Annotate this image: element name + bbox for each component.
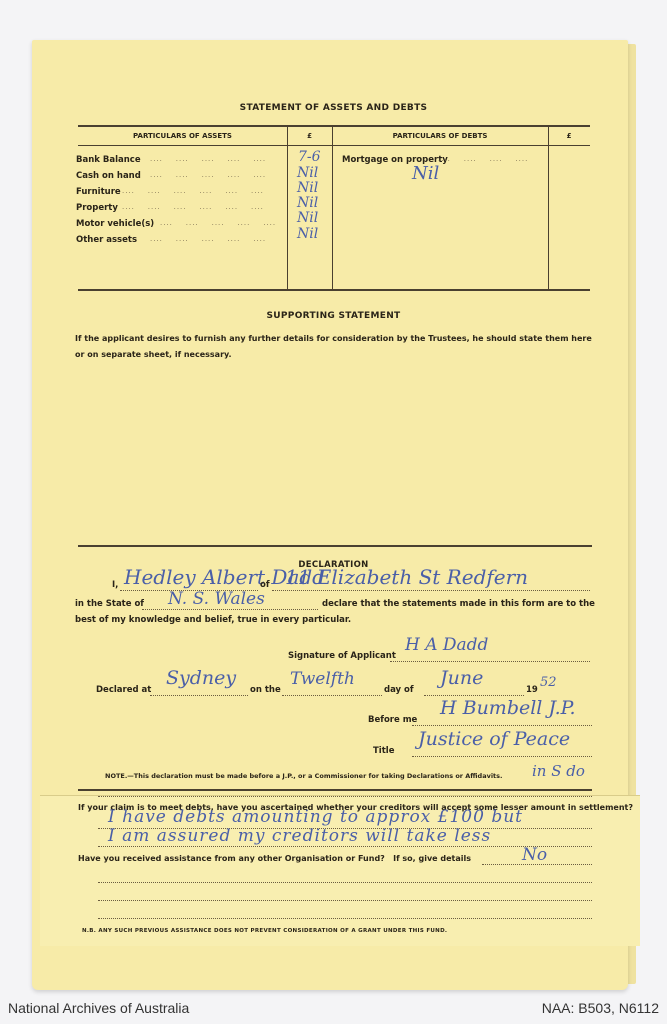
- archive-name: National Archives of Australia: [8, 1000, 189, 1016]
- asset-value-cash: Nil: [297, 165, 318, 181]
- justice-title: Justice of Peace: [418, 728, 570, 750]
- table-header-rule: [78, 145, 590, 146]
- declaration-note: NOTE.—This declaration must be made befo…: [105, 772, 503, 780]
- leader-dots: .... .... .... .... ....: [150, 171, 266, 179]
- month-field-line: [424, 695, 524, 696]
- before-me-field-line: [412, 725, 592, 726]
- asset-label-other: Other assets: [76, 235, 137, 245]
- belief-text: best of my knowledge and belief, true in…: [75, 615, 351, 625]
- declaration-bottom-rule: [78, 789, 592, 791]
- nb-previous-assistance: N.B. ANY SUCH PREVIOUS ASSISTANCE DOES N…: [82, 928, 447, 934]
- state-field-line: [142, 609, 318, 610]
- details-line-3: [98, 900, 592, 901]
- col-header-assets: PARTICULARS OF ASSETS: [78, 132, 287, 140]
- asset-label-furniture: Furniture: [76, 187, 121, 197]
- declaration-i-label: I,: [112, 580, 118, 590]
- justice-title-extra: in S do: [532, 762, 585, 780]
- details-line-2: [98, 882, 592, 883]
- declared-at-field-line: [150, 695, 248, 696]
- leader-dots: .... .... .... ....: [438, 155, 528, 163]
- supporting-instructions-line2: or on separate sheet, if necessary.: [75, 350, 232, 359]
- details-line-4: [98, 918, 592, 919]
- leader-dots: .... .... .... .... ....: [160, 219, 276, 227]
- asset-value-other: Nil: [297, 226, 318, 242]
- day-field-line: [282, 695, 382, 696]
- asset-value-motor-vehicles: Nil: [297, 210, 318, 226]
- slip-top-dotted-line: [98, 796, 592, 797]
- declared-day: Twelfth: [290, 669, 355, 689]
- leader-dots: .... .... .... .... .... ....: [122, 187, 264, 195]
- col-header-pound-assets: £: [287, 132, 332, 140]
- leader-dots: .... .... .... .... ....: [150, 155, 266, 163]
- asset-label-cash: Cash on hand: [76, 171, 141, 181]
- question-other-assistance: Have you received assistance from any ot…: [78, 854, 471, 863]
- applicant-address: 11 Elizabeth St Redfern: [285, 565, 528, 589]
- asset-value-property: Nil: [297, 195, 318, 211]
- year-prefix: 19: [526, 685, 538, 695]
- asset-label-property: Property: [76, 203, 118, 213]
- col-header-pound-debts: £: [548, 132, 590, 140]
- applicant-state: N. S. Wales: [168, 589, 265, 609]
- declaration-top-rule: [78, 545, 592, 547]
- assets-debts-title: STATEMENT OF ASSETS AND DEBTS: [0, 103, 667, 113]
- on-the-label: on the: [250, 685, 281, 695]
- before-me-label: Before me: [368, 715, 417, 725]
- table-top-rule: [78, 125, 590, 127]
- other-assistance-answer: No: [522, 845, 547, 865]
- table-bottom-rule: [78, 289, 590, 291]
- col-divider-1: [287, 125, 288, 289]
- declared-at-label: Declared at: [96, 685, 151, 695]
- day-of-label: day of: [384, 685, 414, 695]
- signature-field-line: [390, 661, 590, 662]
- declare-text: declare that the statements made in this…: [322, 599, 595, 609]
- address-field-line: [272, 590, 590, 591]
- leader-dots: .... .... .... .... .... ....: [122, 203, 264, 211]
- declared-at-place: Sydney: [166, 667, 236, 689]
- col-header-debts: PARTICULARS OF DEBTS: [332, 132, 548, 140]
- answer-line-2: [98, 846, 592, 847]
- declared-year-suffix: 52: [540, 675, 557, 690]
- col-divider-3: [548, 125, 549, 289]
- archive-reference: NAA: B503, N6112: [542, 1000, 659, 1016]
- debt-value-mortgage: Nil: [412, 163, 439, 184]
- asset-label-motor-vehicles: Motor vehicle(s): [76, 219, 154, 229]
- asset-label-bank-balance: Bank Balance: [76, 155, 141, 165]
- col-divider-2: [332, 125, 333, 289]
- leader-dots: .... .... .... .... ....: [150, 235, 266, 243]
- asset-value-bank-balance: 7-6: [298, 149, 321, 165]
- supporting-instructions-line1: If the applicant desires to furnish any …: [75, 334, 592, 343]
- creditors-answer-line2: I am assured my creditors will take less: [108, 826, 491, 846]
- title-field-line: [412, 756, 592, 757]
- state-label: in the State of: [75, 599, 144, 609]
- asset-value-furniture: Nil: [297, 180, 318, 196]
- supporting-statement-title: SUPPORTING STATEMENT: [0, 311, 667, 321]
- creditors-answer-line1: I have debts amounting to approx £100 bu…: [108, 807, 523, 827]
- title-label: Title: [373, 746, 394, 756]
- declared-month: June: [440, 667, 483, 689]
- justice-signature: H Bumbell J.P.: [440, 697, 576, 719]
- signature-label: Signature of Applicant: [288, 651, 396, 661]
- applicant-signature: H A Dadd: [405, 635, 488, 655]
